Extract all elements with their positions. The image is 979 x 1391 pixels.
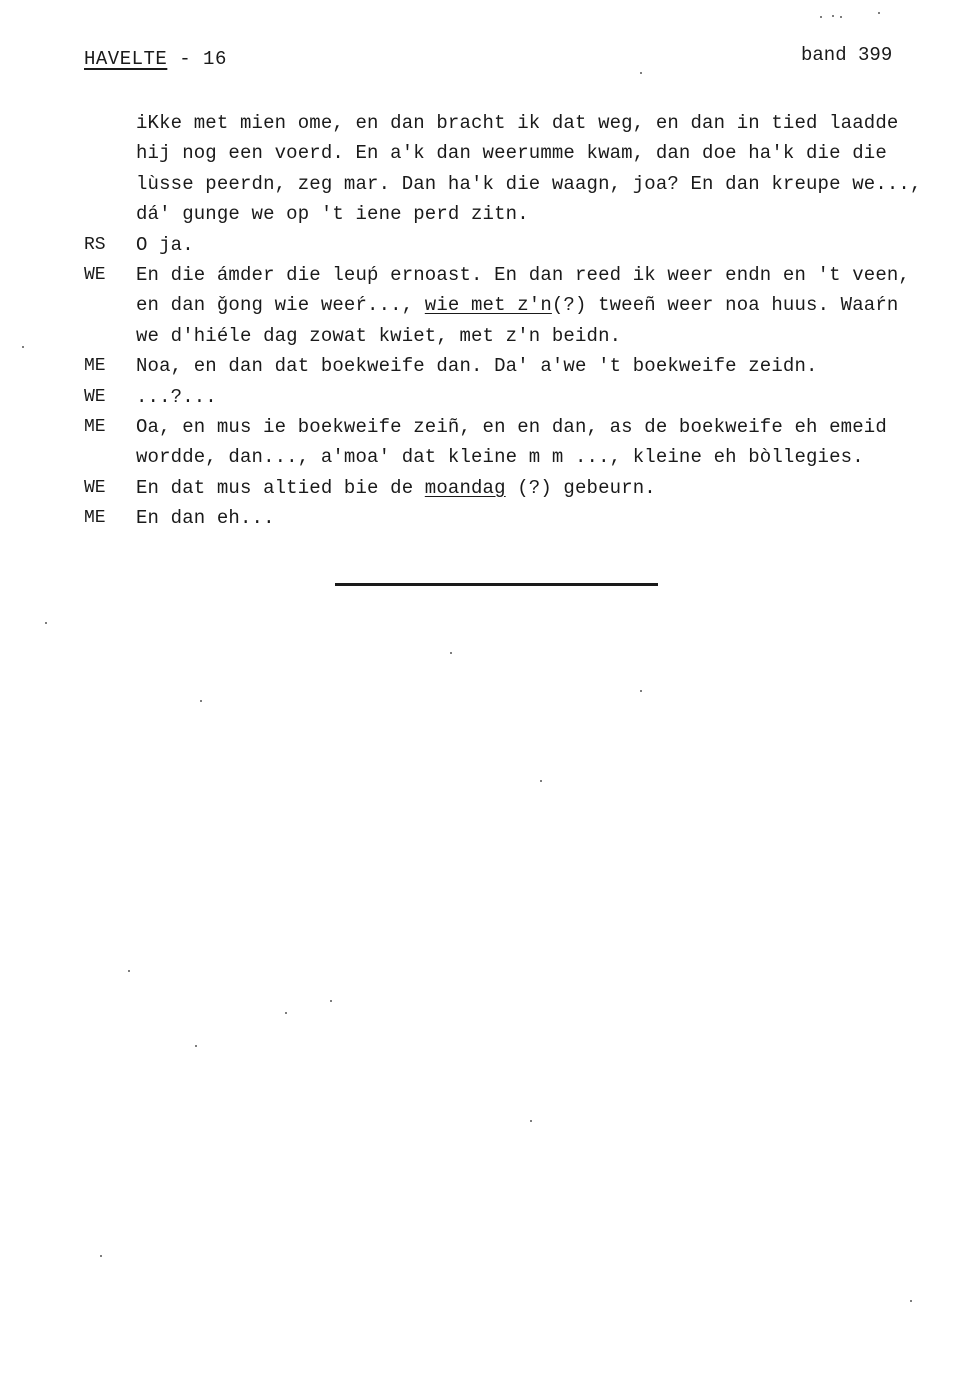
scan-speck <box>530 1120 532 1122</box>
utterance: iKke met mien ome, en dan bracht ik dat … <box>136 108 974 230</box>
utterance: En dan eh... <box>136 503 974 533</box>
text-segment: en dan ǧong wie weeŕ..., <box>136 294 425 316</box>
text-segment: Oa, en mus ie boekweife zeiñ, en en dan,… <box>136 416 887 438</box>
speaker-code <box>84 108 136 230</box>
title-separator: - <box>167 48 203 70</box>
utterance: En die ámder die leuṕ ernoast. En dan re… <box>136 260 974 351</box>
uncertain-transcription: moandag <box>425 477 506 499</box>
transcript-turn: MEOa, en mus ie boekweife zeiñ, en en da… <box>84 412 974 473</box>
scan-speck <box>640 690 642 692</box>
text-segment: iKke met mien ome, en dan bracht ik dat … <box>136 112 898 134</box>
utterance-line: En die ámder die leuṕ ernoast. En dan re… <box>136 260 974 290</box>
utterance-line: lùsse peerdn, zeg mar. Dan ha'k die waag… <box>136 169 974 199</box>
utterance-line: iKke met mien ome, en dan bracht ik dat … <box>136 108 974 138</box>
scan-speck <box>100 1255 102 1257</box>
utterance: Oa, en mus ie boekweife zeiñ, en en dan,… <box>136 412 974 473</box>
page-header-left: HAVELTE - 16 <box>84 48 227 70</box>
utterance: Noa, en dan dat boekweife dan. Da' a'we … <box>136 351 974 381</box>
utterance: O ja. <box>136 230 974 260</box>
utterance-line: Noa, en dan dat boekweife dan. Da' a'we … <box>136 351 974 381</box>
transcript-turn: WEEn die ámder die leuṕ ernoast. En dan … <box>84 260 974 351</box>
text-segment: hij nog een voerd. En a'k dan weerumme k… <box>136 142 887 164</box>
utterance-line: En dan eh... <box>136 503 974 533</box>
transcript-turn: iKke met mien ome, en dan bracht ik dat … <box>84 108 974 230</box>
transcript-turn: MENoa, en dan dat boekweife dan. Da' a'w… <box>84 351 974 381</box>
utterance-line: wordde, dan..., a'moa' dat kleine m m ..… <box>136 442 974 472</box>
utterance-line: ...?... <box>136 382 974 412</box>
speaker-code: WE <box>84 260 136 351</box>
scan-speck <box>200 700 202 702</box>
scan-speck <box>832 15 834 17</box>
utterance: ...?... <box>136 382 974 412</box>
text-segment: lùsse peerdn, zeg mar. Dan ha'k die waag… <box>136 173 922 195</box>
scan-speck <box>450 652 452 654</box>
transcript-turn: RSO ja. <box>84 230 974 260</box>
text-segment: (?) gebeurn. <box>506 477 656 499</box>
utterance-line: dá' gunge we op 't iene perd zitn. <box>136 199 974 229</box>
transcript-body: iKke met mien ome, en dan bracht ik dat … <box>84 108 974 534</box>
scan-speck <box>540 780 542 782</box>
utterance-line: en dan ǧong wie weeŕ..., wie met z'n(?) … <box>136 290 974 320</box>
speaker-code: ME <box>84 351 136 381</box>
utterance-line: Oa, en mus ie boekweife zeiñ, en en dan,… <box>136 412 974 442</box>
speaker-code: WE <box>84 473 136 503</box>
transcript-turn: WEEn dat mus altied bie de moandag (?) g… <box>84 473 974 503</box>
text-segment: En dat mus altied bie de <box>136 477 425 499</box>
speaker-code: ME <box>84 412 136 473</box>
utterance-line: we d'hiéle dag zowat kwiet, met z'n beid… <box>136 321 974 351</box>
scan-speck <box>840 16 842 18</box>
text-segment: wordde, dan..., a'moa' dat kleine m m ..… <box>136 446 864 468</box>
document-title: HAVELTE <box>84 48 167 70</box>
scan-speck <box>45 622 47 624</box>
text-segment: En die ámder die leuṕ ernoast. En dan re… <box>136 264 910 286</box>
transcript-turn: WE...?... <box>84 382 974 412</box>
transcript-turn: MEEn dan eh... <box>84 503 974 533</box>
text-segment: we d'hiéle dag zowat kwiet, met z'n beid… <box>136 325 621 347</box>
speaker-code: ME <box>84 503 136 533</box>
text-segment: Noa, en dan dat boekweife dan. Da' a'we … <box>136 355 818 377</box>
utterance: En dat mus altied bie de moandag (?) geb… <box>136 473 974 503</box>
text-segment: (?) tweeñ weer noa huus. Waaŕn <box>552 294 899 316</box>
speaker-code: WE <box>84 382 136 412</box>
page-number: 16 <box>203 48 227 70</box>
scan-speck <box>878 12 880 14</box>
utterance-line: hij nog een voerd. En a'k dan weerumme k… <box>136 138 974 168</box>
scan-speck <box>128 970 130 972</box>
uncertain-transcription: wie met z'n <box>425 294 552 316</box>
scan-speck <box>910 1300 912 1302</box>
tape-band-label: band 399 <box>801 44 892 66</box>
scan-speck <box>640 72 642 74</box>
scan-speck <box>22 346 24 348</box>
text-segment: ...?... <box>136 386 217 408</box>
scan-speck <box>820 16 822 18</box>
scan-speck <box>195 1045 197 1047</box>
utterance-line: O ja. <box>136 230 974 260</box>
scan-speck <box>330 1000 332 1002</box>
utterance-line: En dat mus altied bie de moandag (?) geb… <box>136 473 974 503</box>
text-segment: dá' gunge we op 't iene perd zitn. <box>136 203 529 225</box>
speaker-code: RS <box>84 230 136 260</box>
text-segment: En dan eh... <box>136 507 275 529</box>
scan-speck <box>285 1012 287 1014</box>
text-segment: O ja. <box>136 234 194 256</box>
end-of-text-rule <box>335 583 658 586</box>
